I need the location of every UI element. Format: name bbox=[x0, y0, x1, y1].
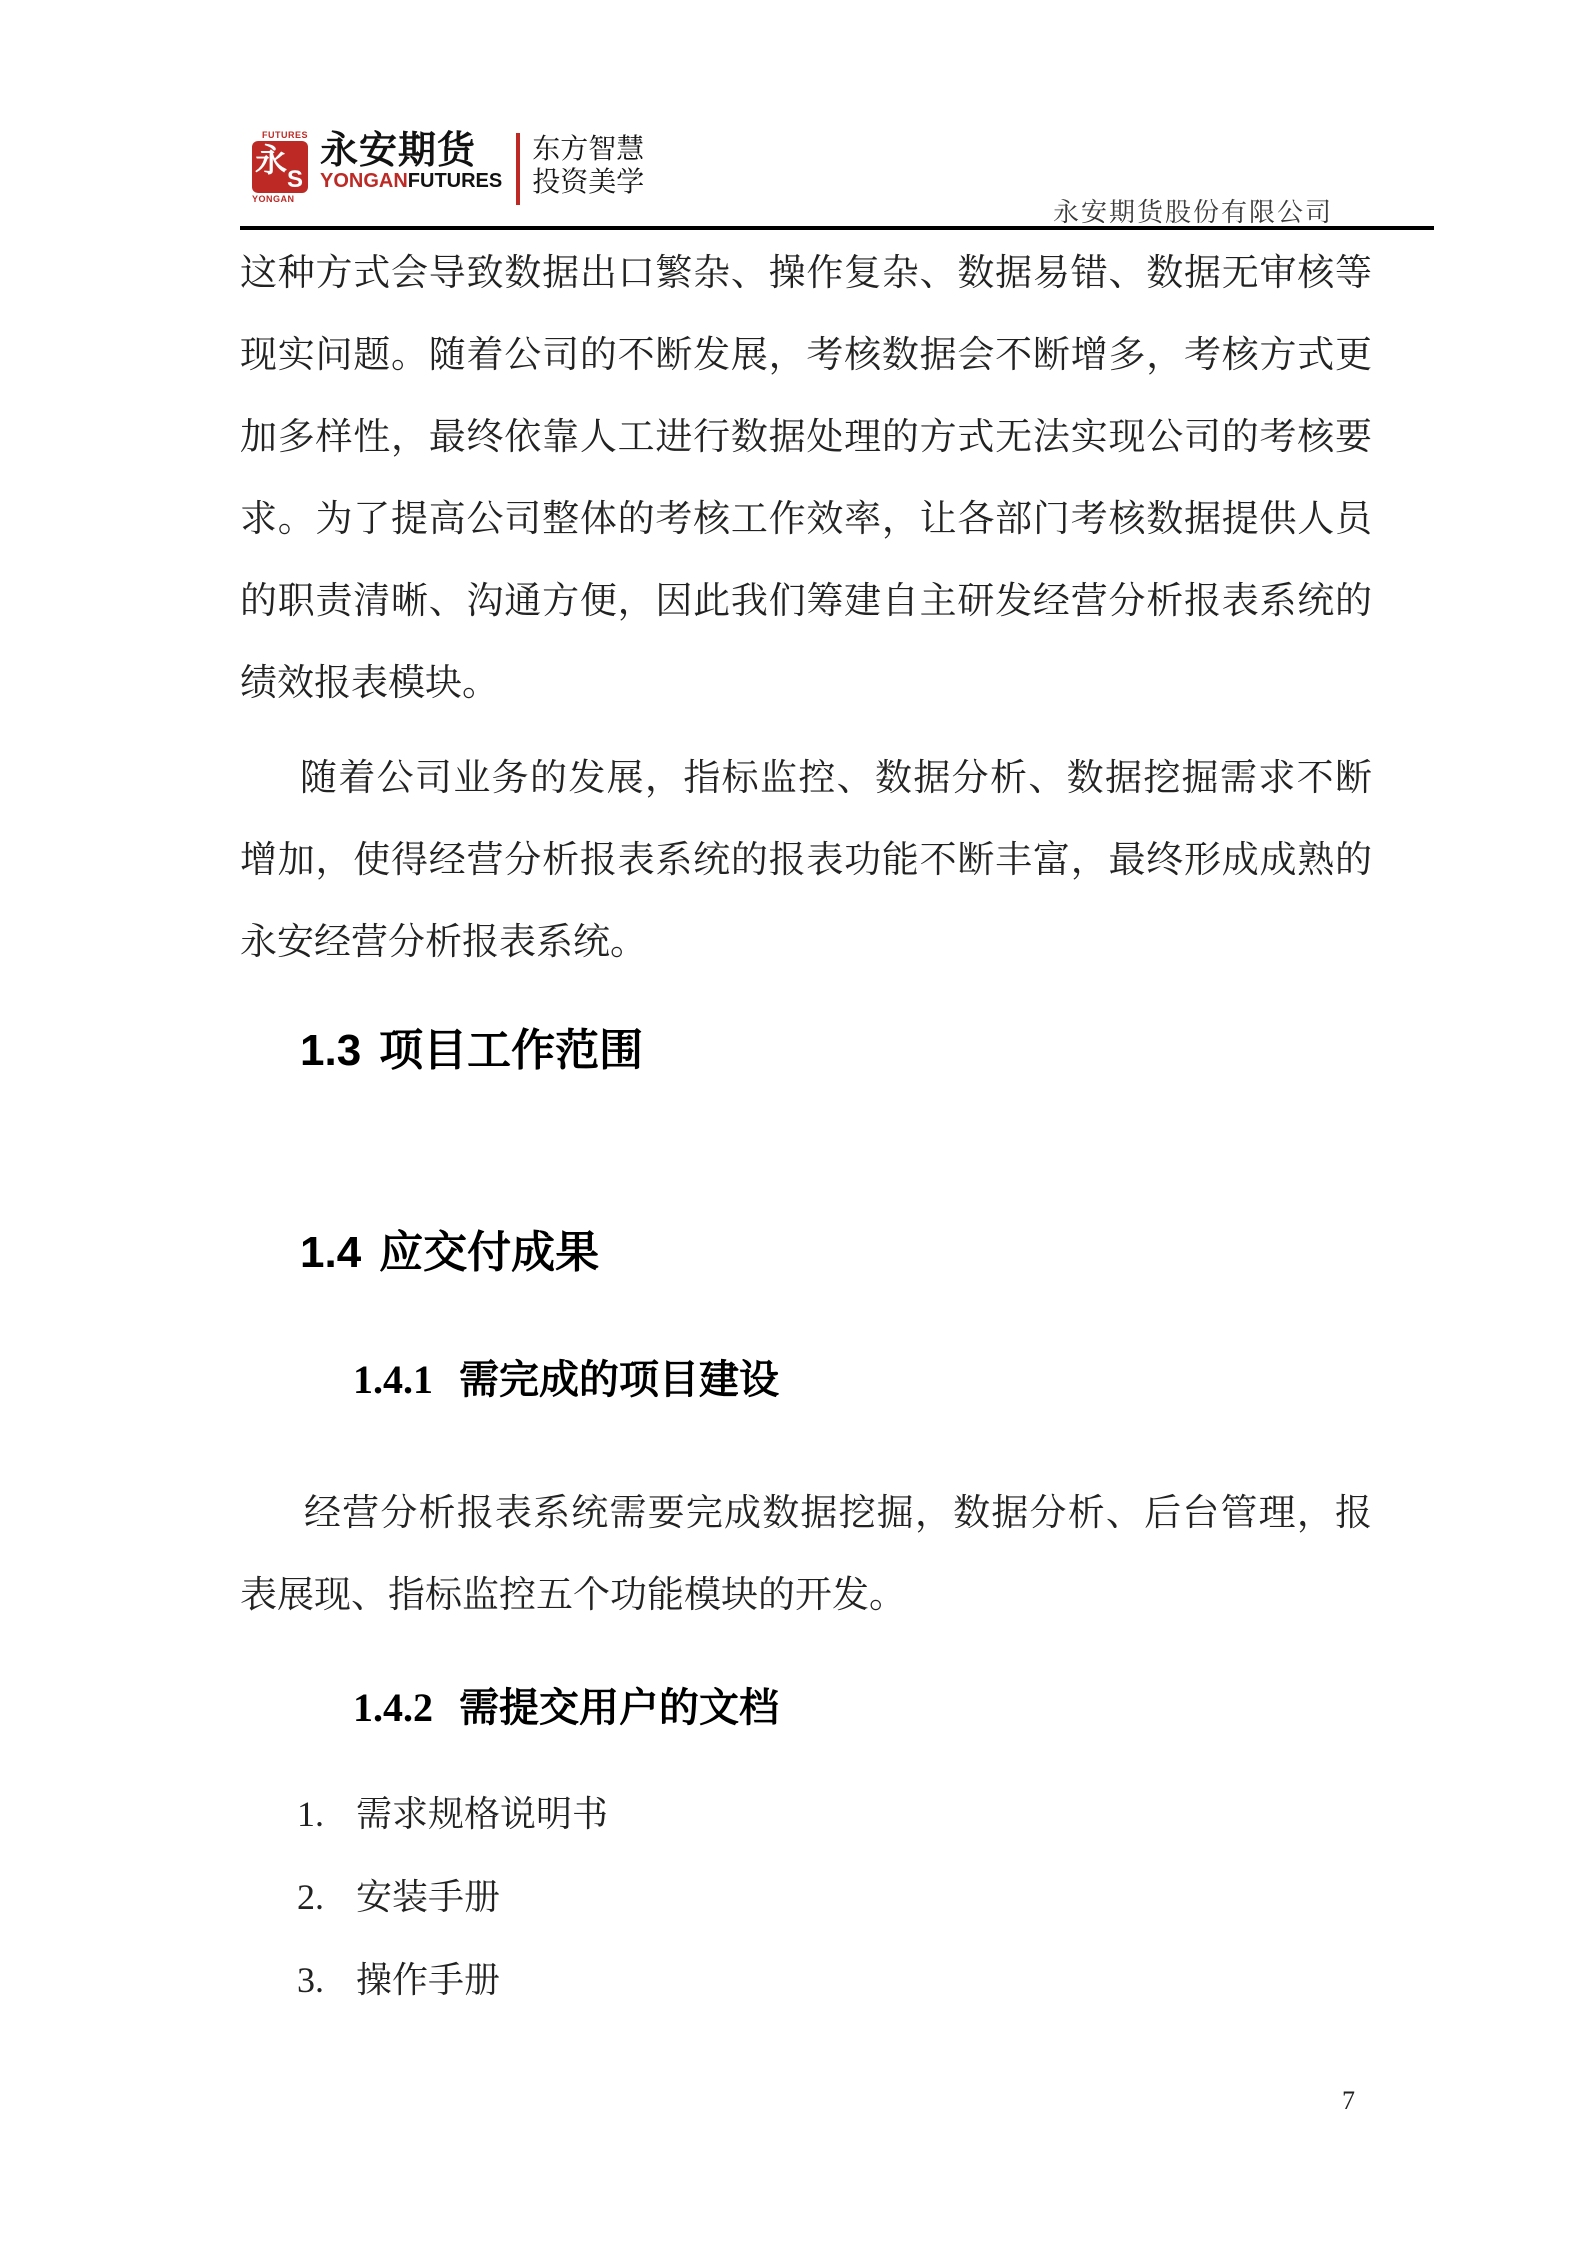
seal-yongan-micro-text: YONGAN bbox=[252, 195, 308, 203]
paragraph-2-line: 增加，使得经营分析报表系统的报表功能不断丰富，最终形成成熟的 bbox=[240, 820, 1372, 902]
heading-1-3: 1.3项目工作范围 bbox=[300, 1026, 643, 1076]
heading-1-3-label: 项目工作范围 bbox=[379, 1026, 643, 1075]
yongan-seal-logo: FUTURES 永 S YONGAN bbox=[252, 131, 308, 203]
heading-1-4-2-label: 需提交用户的文档 bbox=[459, 1685, 779, 1730]
seal-yong-glyph: 永 bbox=[255, 144, 287, 176]
paragraph-3: 经营分析报表系统需要完成数据挖掘，数据分析、后台管理，报 表展现、指标监控五个功… bbox=[240, 1473, 1372, 1637]
deliverable-document-list: 1.需求规格说明书 2.安装手册 3.操作手册 bbox=[297, 1773, 608, 2022]
list-item: 1.需求规格说明书 bbox=[297, 1773, 608, 1856]
paragraph-2-line: 永安经营分析报表系统。 bbox=[240, 902, 1372, 984]
seal-s-glyph: S bbox=[287, 168, 303, 192]
heading-1-4-1-label: 需完成的项目建设 bbox=[459, 1357, 779, 1402]
paragraph-1-line: 现实问题。随着公司的不断发展，考核数据会不断增多，考核方式更 bbox=[240, 315, 1372, 397]
heading-1-4-number: 1.4 bbox=[300, 1228, 361, 1277]
list-item-number: 1. bbox=[297, 1773, 356, 1856]
paragraph-1-line: 加多样性，最终依靠人工进行数据处理的方式无法实现公司的考核要 bbox=[240, 397, 1372, 479]
paragraph-3-line: 经营分析报表系统需要完成数据挖掘，数据分析、后台管理，报 bbox=[240, 1473, 1372, 1555]
paragraph-1-line: 求。为了提高公司整体的考核工作效率，让各部门考核数据提供人员 bbox=[240, 479, 1372, 561]
heading-1-4-2: 1.4.2需提交用户的文档 bbox=[353, 1684, 779, 1732]
list-item-number: 3. bbox=[297, 1939, 356, 2022]
heading-1-4-2-number: 1.4.2 bbox=[353, 1685, 433, 1730]
document-page: FUTURES 永 S YONGAN 永安期货 YONGANFUTURES 东方… bbox=[0, 0, 1587, 2245]
list-item-number: 2. bbox=[297, 1856, 356, 1939]
brand-name-english: YONGANFUTURES bbox=[320, 171, 502, 192]
list-item: 2.安装手册 bbox=[297, 1856, 608, 1939]
list-item-text: 安装手册 bbox=[356, 1877, 500, 1917]
heading-1-4-1: 1.4.1需完成的项目建设 bbox=[353, 1356, 779, 1404]
tagline-line-1: 东方智慧 bbox=[532, 132, 644, 165]
list-item-text: 操作手册 bbox=[356, 1960, 500, 2000]
brand-en-futures: FUTURES bbox=[408, 170, 502, 192]
logo-divider bbox=[516, 133, 520, 205]
paragraph-2: 随着公司业务的发展，指标监控、数据分析、数据挖掘需求不断 增加，使得经营分析报表… bbox=[240, 738, 1372, 984]
list-item: 3.操作手册 bbox=[297, 1939, 608, 2022]
yongan-seal-icon: 永 S bbox=[252, 141, 308, 193]
heading-1-4-label: 应交付成果 bbox=[379, 1228, 599, 1277]
seal-futures-micro-text: FUTURES bbox=[252, 131, 308, 139]
brand-en-yongan: YONGAN bbox=[320, 170, 408, 192]
header-logo-group: FUTURES 永 S YONGAN 永安期货 YONGANFUTURES 东方… bbox=[252, 131, 644, 205]
paragraph-3-line: 表展现、指标监控五个功能模块的开发。 bbox=[240, 1555, 1372, 1637]
paragraph-1: 这种方式会导致数据出口繁杂、操作复杂、数据易错、数据无审核等 现实问题。随着公司… bbox=[240, 233, 1372, 725]
paragraph-1-line: 绩效报表模块。 bbox=[240, 643, 1372, 725]
heading-1-4: 1.4应交付成果 bbox=[300, 1228, 599, 1278]
brand-text-block: 永安期货 YONGANFUTURES bbox=[320, 131, 502, 192]
paragraph-1-line: 这种方式会导致数据出口繁杂、操作复杂、数据易错、数据无审核等 bbox=[240, 233, 1372, 315]
header-rule bbox=[240, 226, 1434, 230]
list-item-text: 需求规格说明书 bbox=[356, 1794, 608, 1834]
brand-tagline: 东方智慧 投资美学 bbox=[532, 132, 644, 198]
tagline-line-2: 投资美学 bbox=[532, 165, 644, 198]
heading-1-4-1-number: 1.4.1 bbox=[353, 1357, 433, 1402]
header-company-name: 永安期货股份有限公司 bbox=[1053, 192, 1333, 229]
paragraph-1-line: 的职责清晰、沟通方便，因此我们筹建自主研发经营分析报表系统的 bbox=[240, 561, 1372, 643]
brand-name-chinese: 永安期货 bbox=[320, 131, 502, 171]
paragraph-2-line: 随着公司业务的发展，指标监控、数据分析、数据挖掘需求不断 bbox=[240, 738, 1372, 820]
page-number: 7 bbox=[1342, 2086, 1355, 2116]
heading-1-3-number: 1.3 bbox=[300, 1026, 361, 1075]
